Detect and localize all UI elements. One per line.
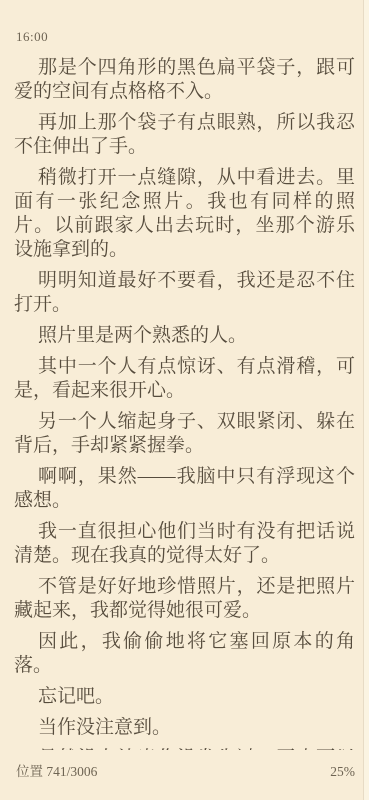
paragraph: 稍微打开一点缝隙，从中看进去。里面有一张纪念照片。我也有同样的照片。以前跟家人出… [14, 166, 355, 262]
position-value: 741/3006 [46, 764, 97, 779]
paragraph: 因此，我偷偷地将它塞回原本的角落。 [14, 630, 355, 678]
paragraph: 忘记吧。 [14, 685, 355, 709]
reader-footer: 位置 741/3006 25% [16, 760, 355, 780]
paragraph: 当作没注意到。 [14, 716, 355, 740]
paragraph: 照片里是两个熟悉的人。 [14, 324, 355, 348]
reader-header: 16:00 [16, 28, 353, 46]
progress-percent: 25% [330, 764, 355, 780]
paragraph: 明明知道最好不要看，我还是忍不住打开。 [14, 269, 355, 317]
ebook-reader-screen: 16:00 那是个四角形的黑色扁平袋子，跟可爱的空间有点格格不入。再加上那个袋子… [0, 0, 369, 800]
paragraph: 其中一个人有点惊讶、有点滑稽，可是，看起来很开心。 [14, 355, 355, 403]
page-edge-line [363, 0, 364, 800]
reading-area[interactable]: 那是个四角形的黑色扁平袋子，跟可爱的空间有点格格不入。再加上那个袋子有点眼熟，所… [14, 56, 355, 750]
page-edge-highlight [364, 0, 369, 800]
paragraph: 我一直很担心他们当时有没有把话说清楚。现在我真的觉得太好了。 [14, 520, 355, 568]
paragraph: 再加上那个袋子有点眼熟，所以我忍不住伸出了手。 [14, 111, 355, 159]
paragraph: 另一个人缩起身子、双眼紧闭、躲在背后，手却紧紧握拳。 [14, 410, 355, 458]
clock-time: 16:00 [16, 29, 48, 44]
paragraph: 不管是好好地珍惜照片，还是把照片藏起来，我都觉得她很可爱。 [14, 575, 355, 623]
paragraph: 那是个四角形的黑色扁平袋子，跟可爱的空间有点格格不入。 [14, 56, 355, 104]
position-indicator: 位置 741/3006 [16, 760, 97, 780]
position-label: 位置 [16, 764, 43, 779]
paragraph: 虽然没办法当作没发生过，至少可以忘掉。 [14, 747, 355, 750]
paragraph: 啊啊，果然——我脑中只有浮现这个感想。 [14, 465, 355, 513]
